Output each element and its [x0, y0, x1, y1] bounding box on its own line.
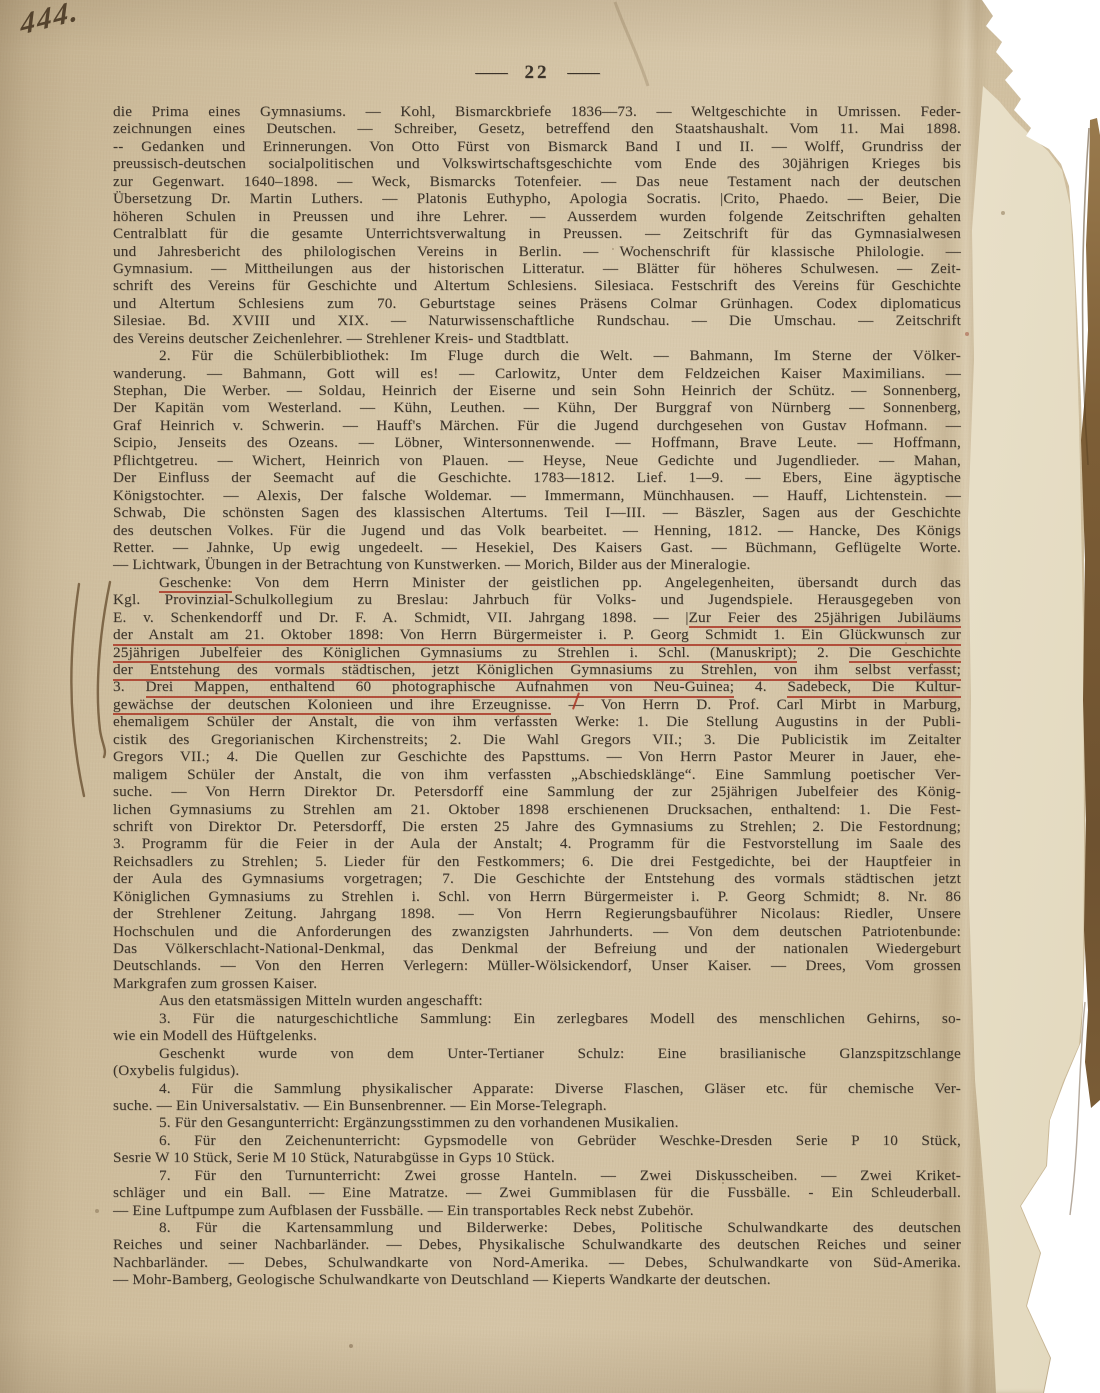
page-number: 22 [525, 62, 550, 83]
text-line: Aus den etatsmässigen Mitteln wurden ang… [113, 992, 961, 1009]
text-line: Pflichtgetreu. — Wichert, Heinrich von P… [113, 452, 961, 469]
text-line: Der Kapitän vom Westerland. — Kühn, Leut… [113, 399, 961, 416]
text-line: wanderung. — Bahmann, Gott will es! — Ca… [113, 365, 961, 382]
handwritten-page-number: 444. [20, 0, 80, 43]
paper-specks [0, 0, 2, 2]
text-line: zeichnungen eines Deutschen. — Schreiber… [113, 120, 961, 137]
page-paper: 444. —22— die Prima eines Gymnasiums. — … [0, 0, 1100, 1393]
crack-line-1 [1082, 128, 1089, 465]
text-line: 4. Für die Sammlung physikalischer Appar… [113, 1080, 961, 1097]
text-line: maligem Schüler der Anstalt, die von ihm… [113, 766, 961, 783]
text-line: schläger und ein Ball. — Eine Matratze. … [113, 1184, 961, 1201]
text-line: 3. Für die naturgeschichtliche Sammlung:… [113, 1010, 961, 1027]
header-dash-right: — [567, 62, 599, 84]
scanned-page: 444. —22— die Prima eines Gymnasiums. — … [0, 0, 1100, 1393]
paragraph: Geschenkt wurde von dem Unter-Tertianer … [113, 1045, 961, 1080]
text-line: cistik des Gregorianischen Kirchenstreit… [113, 731, 961, 748]
text-line: und Jahresbericht des philologischen Ver… [113, 243, 961, 260]
text-line: Silesiae. Bd. XVIII und XIX. — Naturwiss… [113, 312, 961, 329]
text-line: 3. Drei Mappen, enthaltend 60 photograph… [113, 678, 961, 695]
paragraph: 8. Für die Kartensammlung und Bilderwerk… [113, 1219, 961, 1289]
text-line: der Aula des Gymnasiums vorgetragen; 7. … [113, 870, 961, 887]
text-line: 3. Programm für die Feier in der Aula de… [113, 835, 961, 852]
text-line: Stephan, Die Werber. — Soldau, Heinrich … [113, 382, 961, 399]
text-line: Reichsadlers zu Strehlen; 5. Lieder für … [113, 853, 961, 870]
text-line: Gymnasium. — Mittheilungen aus der histo… [113, 260, 961, 277]
paragraph: die Prima eines Gymnasiums. — Kohl, Bism… [113, 103, 961, 347]
text-line: 25jährigen Jubelfeier des Königlichen Gy… [113, 644, 961, 661]
text-line: wie ein Modell des Hüftgelenks. [113, 1027, 961, 1044]
text-line: Königlichen Gymnasiums zu Strehlen i. Sc… [113, 888, 961, 905]
text-line: der Entstehung des vormals städtischen, … [113, 661, 961, 678]
paragraph: 6. Für den Zeichenunterricht: Gypsmodell… [113, 1132, 961, 1167]
text-line: und Altertum Schlesiens zum 70. Geburtst… [113, 295, 961, 312]
paragraph: 5. Für den Gesangunterricht: Ergänzungss… [113, 1114, 961, 1131]
text-line: -- Gedanken und Erinnerungen. Von Otto F… [113, 138, 961, 155]
text-line: schrift des Vereins für Geschichte und A… [113, 277, 961, 294]
text-line: Graf Heinrich v. Schwerin. — Hauff's Mär… [113, 417, 961, 434]
text-line: lichen Gymnasiums zu Strehlen am 21. Okt… [113, 801, 961, 818]
text-line: Gregors VII.; 4. Die Quellen zur Geschic… [113, 748, 961, 765]
text-line: E. v. Schenkendorff und Dr. F. A. Schmid… [113, 609, 961, 626]
main-text: die Prima eines Gymnasiums. — Kohl, Bism… [113, 103, 961, 1289]
text-line: Centralblatt für die gesamte Unterrichts… [113, 225, 961, 242]
text-line: — Mohr-Bamberg, Geologische Schulwandkar… [113, 1271, 961, 1288]
text-line: Schwab, Die schönsten Sagen des klassisc… [113, 504, 961, 521]
text-line: Nachbarländer. — Debes, Schulwandkarte v… [113, 1254, 961, 1271]
text-line: (Oxybelis fulgidus). [113, 1062, 961, 1079]
text-line: 6. Für den Zeichenunterricht: Gypsmodell… [113, 1132, 961, 1149]
text-line: preussisch-deutschen socialpolitischen u… [113, 155, 961, 172]
paragraph: 2. Für die Schülerbibliothek: Im Fluge d… [113, 347, 961, 574]
paragraph: 3. Für die naturgeschichtliche Sammlung:… [113, 1010, 961, 1045]
text-line: des deutschen Volkes. Für die Jugend und… [113, 522, 961, 539]
text-line: Kgl. Provinzial-Schulkollegium zu Bresla… [113, 591, 961, 608]
page-number-header: —22— [113, 62, 961, 84]
paragraph: 7. Für den Turnunterricht: Zwei grosse H… [113, 1167, 961, 1219]
text-line: Scipio, Jenseits des Ozeans. — Löbner, W… [113, 434, 961, 451]
text-line: Übersetzung Dr. Martin Luthers. — Platon… [113, 190, 961, 207]
text-line: Reiches und seiner Nachbarländer. — Debe… [113, 1236, 961, 1253]
text-line: 2. Für die Schülerbibliothek: Im Fluge d… [113, 347, 961, 364]
text-line: 7. Für den Turnunterricht: Zwei grosse H… [113, 1167, 961, 1184]
text-line: Sesrie W 10 Stück, Serie M 10 Stück, Nat… [113, 1149, 961, 1166]
text-line: die Prima eines Gymnasiums. — Kohl, Bism… [113, 103, 961, 120]
text-line: der Strehlener Zeitung. Jahrgang 1898. —… [113, 905, 961, 922]
text-line: höheren Schulen in Preussen und ihre Leh… [113, 208, 961, 225]
text-line: Geschenke: Von dem Herrn Minister der ge… [113, 574, 961, 591]
header-dash-left: — [475, 62, 507, 84]
text-line: Markgrafen zum grossen Kaiser. [113, 975, 961, 992]
text-line: Geschenkt wurde von dem Unter-Tertianer … [113, 1045, 961, 1062]
text-line: Retter. — Jahnke, Up ewig ungedeelt. — H… [113, 539, 961, 556]
text-line: Der Einfluss der Seemacht auf die Geschi… [113, 469, 961, 486]
paragraph: 4. Für die Sammlung physikalischer Appar… [113, 1080, 961, 1115]
text-line: ehemaligem Schüler der Anstalt, die von … [113, 713, 961, 730]
text-line: 8. Für die Kartensammlung und Bilderwerk… [113, 1219, 961, 1236]
text-line: 5. Für den Gesangunterricht: Ergänzungss… [113, 1114, 961, 1131]
text-line: suche. — Ein Universalstativ. — Ein Buns… [113, 1097, 961, 1114]
text-line: zur Gegenwart. 1640–1898. — Weck, Bismar… [113, 173, 961, 190]
text-line: der Anstalt am 21. Oktober 1898: Von Her… [113, 626, 961, 643]
text-line: gewächse der deutschen Kolonieen und ihr… [113, 696, 961, 713]
text-line: des Vereins deutscher Zeichenlehrer. — S… [113, 330, 961, 347]
paragraph: Aus den etatsmässigen Mitteln wurden ang… [113, 992, 961, 1009]
text-line: Königstochter. — Alexis, Der falsche Wol… [113, 487, 961, 504]
text-line: schrift von Direktor Dr. Petersdorff, Di… [113, 818, 961, 835]
text-line: Hochschulen und die Anforderungen des zw… [113, 923, 961, 940]
text-line: — Eine Luftpumpe zum Aufblasen der Fussb… [113, 1202, 961, 1219]
paragraph: Geschenke: Von dem Herrn Minister der ge… [113, 574, 961, 993]
text-line: Das Völkerschlacht-National-Denkmal, das… [113, 940, 961, 957]
text-line: — Lichtwark, Übungen in der Betrachtung … [113, 556, 961, 573]
text-line: suche. — Von Herrn Direktor Dr. Petersdo… [113, 783, 961, 800]
text-line: Deutschlands. — Von den Herren Verlegern… [113, 957, 961, 974]
